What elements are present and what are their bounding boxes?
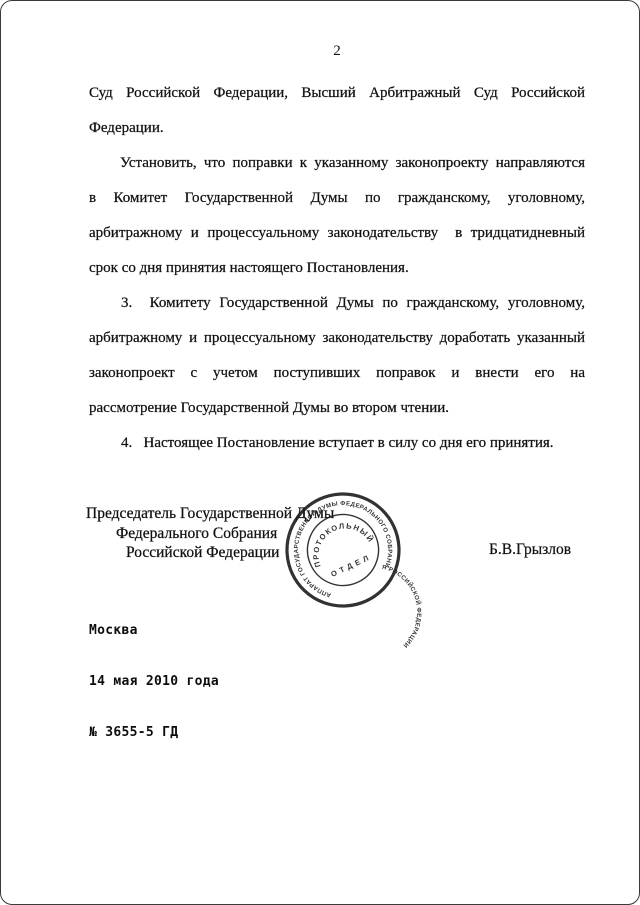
signatory-name: Б.В.Грызлов xyxy=(489,542,571,558)
round-stamp-seal: АППАРАТ ГОСУДАРСТВЕННОЙ ДУМЫ ФЕДЕРАЛЬНОГ… xyxy=(276,483,410,617)
body-line: законопроект с учетом поступивших поправ… xyxy=(89,356,585,391)
body-line: Федерации. xyxy=(89,111,585,146)
body-text: Суд Российской Федерации, Высший Арбитра… xyxy=(89,76,585,461)
footer-number: № 3655-5 ГД xyxy=(89,724,219,741)
body-line: арбитражному и процессуальному законодат… xyxy=(89,321,585,356)
body-line: Установить, что поправки к указанному за… xyxy=(89,146,585,181)
body-line: 4. Настоящее Постановление вступает в си… xyxy=(89,426,585,461)
page-number: 2 xyxy=(89,44,585,59)
body-line: рассмотрение Государственной Думы во вто… xyxy=(89,391,585,426)
stamp-outer-ring xyxy=(269,476,418,625)
body-line: Суд Российской Федерации, Высший Арбитра… xyxy=(89,76,585,111)
body-line: арбитражному и процессуальному законодат… xyxy=(89,216,585,251)
footer-city: Москва xyxy=(89,622,219,639)
stamp-center-line2: ОТДЕЛ xyxy=(329,552,373,579)
footer-block: Москва 14 мая 2010 года № 3655-5 ГД xyxy=(89,588,219,775)
body-line: 3. Комитету Государственной Думы по граж… xyxy=(89,286,585,321)
document-page: 2 Суд Российской Федерации, Высший Арбит… xyxy=(0,0,640,905)
footer-date: 14 мая 2010 года xyxy=(89,673,219,690)
body-line: срок со дня принятия настоящего Постанов… xyxy=(89,251,585,286)
body-line: в Комитет Государственной Думы по гражда… xyxy=(89,181,585,216)
